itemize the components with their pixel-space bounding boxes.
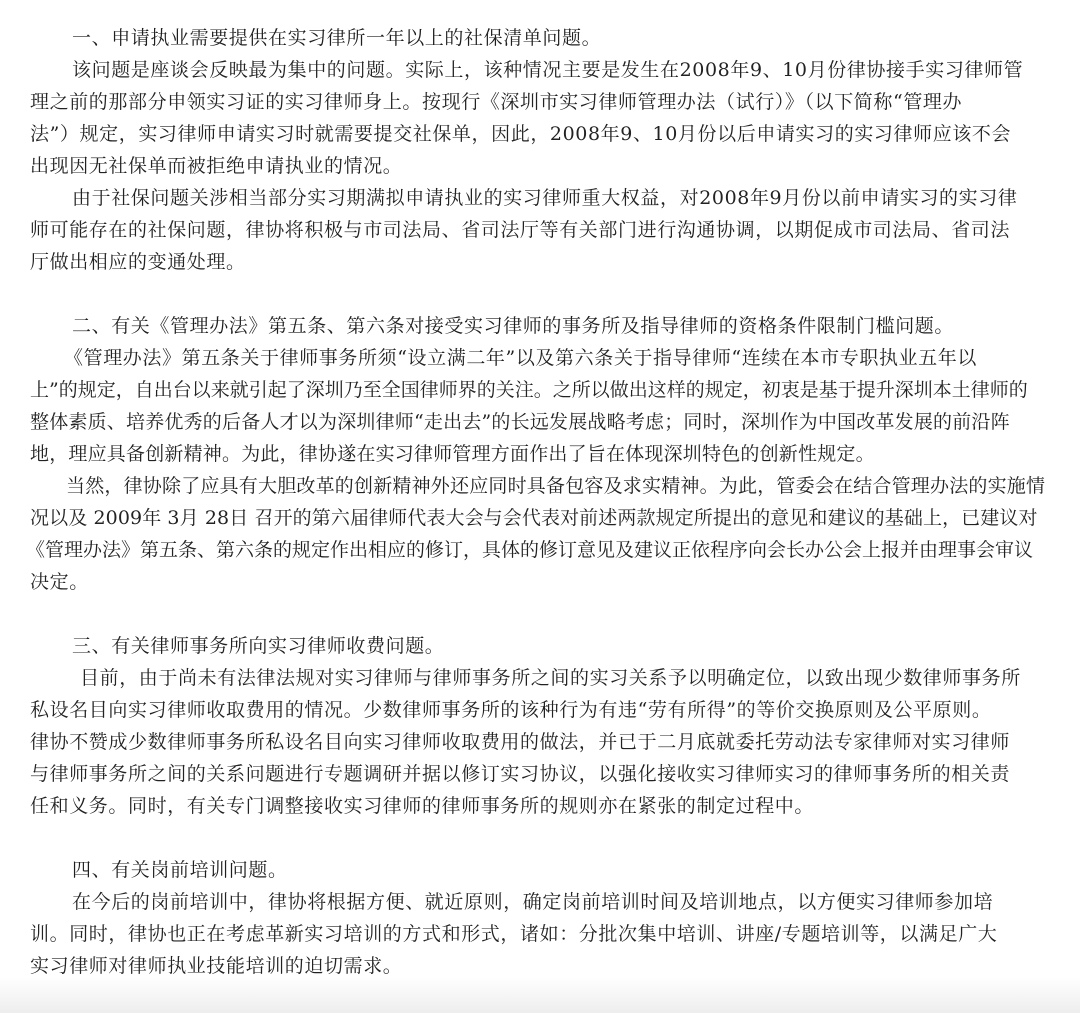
section-2-line-2: 上”的规定，自出台以来就引起了深圳乃至全国律师界的关注。之所以做出这样的规定，初…	[30, 378, 1028, 402]
section-3-line-2: 私设名目向实习律师收取费用的情况。少数律师事务所的该种行为有违“劳有所得”的等价…	[30, 698, 991, 722]
section-3-line-4: 与律师事务所之间的关系问题进行专题调研并据以修订实习协议，以强化接收实习律师实习…	[30, 762, 1010, 786]
section-1-line-5: 由于社保问题关涉相当部分实习期满拟申请执业的实习律师重大权益，对2008年9月份…	[72, 186, 1017, 210]
page-bottom-shadow	[0, 977, 1080, 1013]
section-2-line-6: 况以及 2009年 3月 28日 召开的第六届律师代表大会与会代表对前述两款规定…	[30, 506, 1038, 530]
section-3-line-1: 目前，由于尚未有法律法规对实习律师与律师事务所之间的实习关系予以明确定位，以致出…	[80, 666, 1021, 690]
section-4-line-2: 训。同时，律协也正在考虑革新实习培训的方式和形式，诸如：分批次集中培训、讲座/专…	[30, 922, 997, 946]
section-1-line-2: 理之前的那部分申领实习证的实习律师身上。按现行《深圳市实习律师管理办法（试行）》…	[30, 90, 962, 114]
section-4-heading: 四、有关岗前培训问题。	[72, 858, 288, 882]
section-2-line-1: 《管理办法》第五条关于律师事务所须“设立满二年”以及第六条关于指导律师“连续在本…	[64, 346, 977, 370]
section-1-line-6: 师可能存在的社保问题，律协将积极与市司法局、省司法厅等有关部门进行沟通协调，以期…	[30, 218, 1010, 242]
document-page: 一、申请执业需要提供在实习律所一年以上的社保清单问题。 该问题是座谈会反映最为集…	[0, 0, 1080, 1013]
section-1-line-4: 出现因无社保单而被拒绝申请执业的情况。	[30, 154, 402, 178]
section-3-line-5: 任和义务。同时，有关专门调整接收实习律师的律师事务所的规则亦在紧张的制定过程中。	[30, 794, 814, 818]
section-1-line-7: 厅做出相应的变通处理。	[30, 250, 246, 274]
section-4-line-3: 实习律师对律师执业技能培训的迫切需求。	[30, 954, 402, 978]
section-2-line-8: 决定。	[30, 570, 89, 594]
section-2-line-5: 当然，律协除了应具有大胆改革的创新精神外还应同时具备包容及求实精神。为此，管委会…	[66, 474, 1045, 498]
section-4-line-1: 在今后的岗前培训中，律协将根据方便、就近原则，确定岗前培训时间及培训地点，以方便…	[72, 890, 993, 914]
section-1-line-3: 法”）规定，实习律师申请实习时就需要提交社保单，因此，2008年9、10月份以后…	[30, 122, 1011, 146]
section-2-heading: 二、有关《管理办法》第五条、第六条对接受实习律师的事务所及指导律师的资格条件限制…	[72, 314, 954, 338]
section-3-line-3: 律协不赞成少数律师事务所私设名目向实习律师收取费用的做法，并已于二月底就委托劳动…	[30, 730, 1010, 754]
section-2-line-7: 《管理办法》第五条、第六条的规定作出相应的修订，具体的修订意见及建议正依程序向会…	[26, 538, 1033, 562]
section-2-line-4: 地，理应具备创新精神。为此，律协遂在实习律师管理方面作出了旨在体现深圳特色的创新…	[30, 442, 875, 466]
section-2-line-3: 整体素质、培养优秀的后备人才以为深圳律师“走出去”的长远发展战略考虑；同时，深圳…	[30, 410, 1010, 434]
section-1-heading: 一、申请执业需要提供在实习律所一年以上的社保清单问题。	[72, 26, 601, 50]
section-3-heading: 三、有关律师事务所向实习律师收费问题。	[72, 634, 444, 658]
section-1-line-1: 该问题是座谈会反映最为集中的问题。实际上，该种情况主要是发生在2008年9、10…	[72, 58, 1023, 82]
